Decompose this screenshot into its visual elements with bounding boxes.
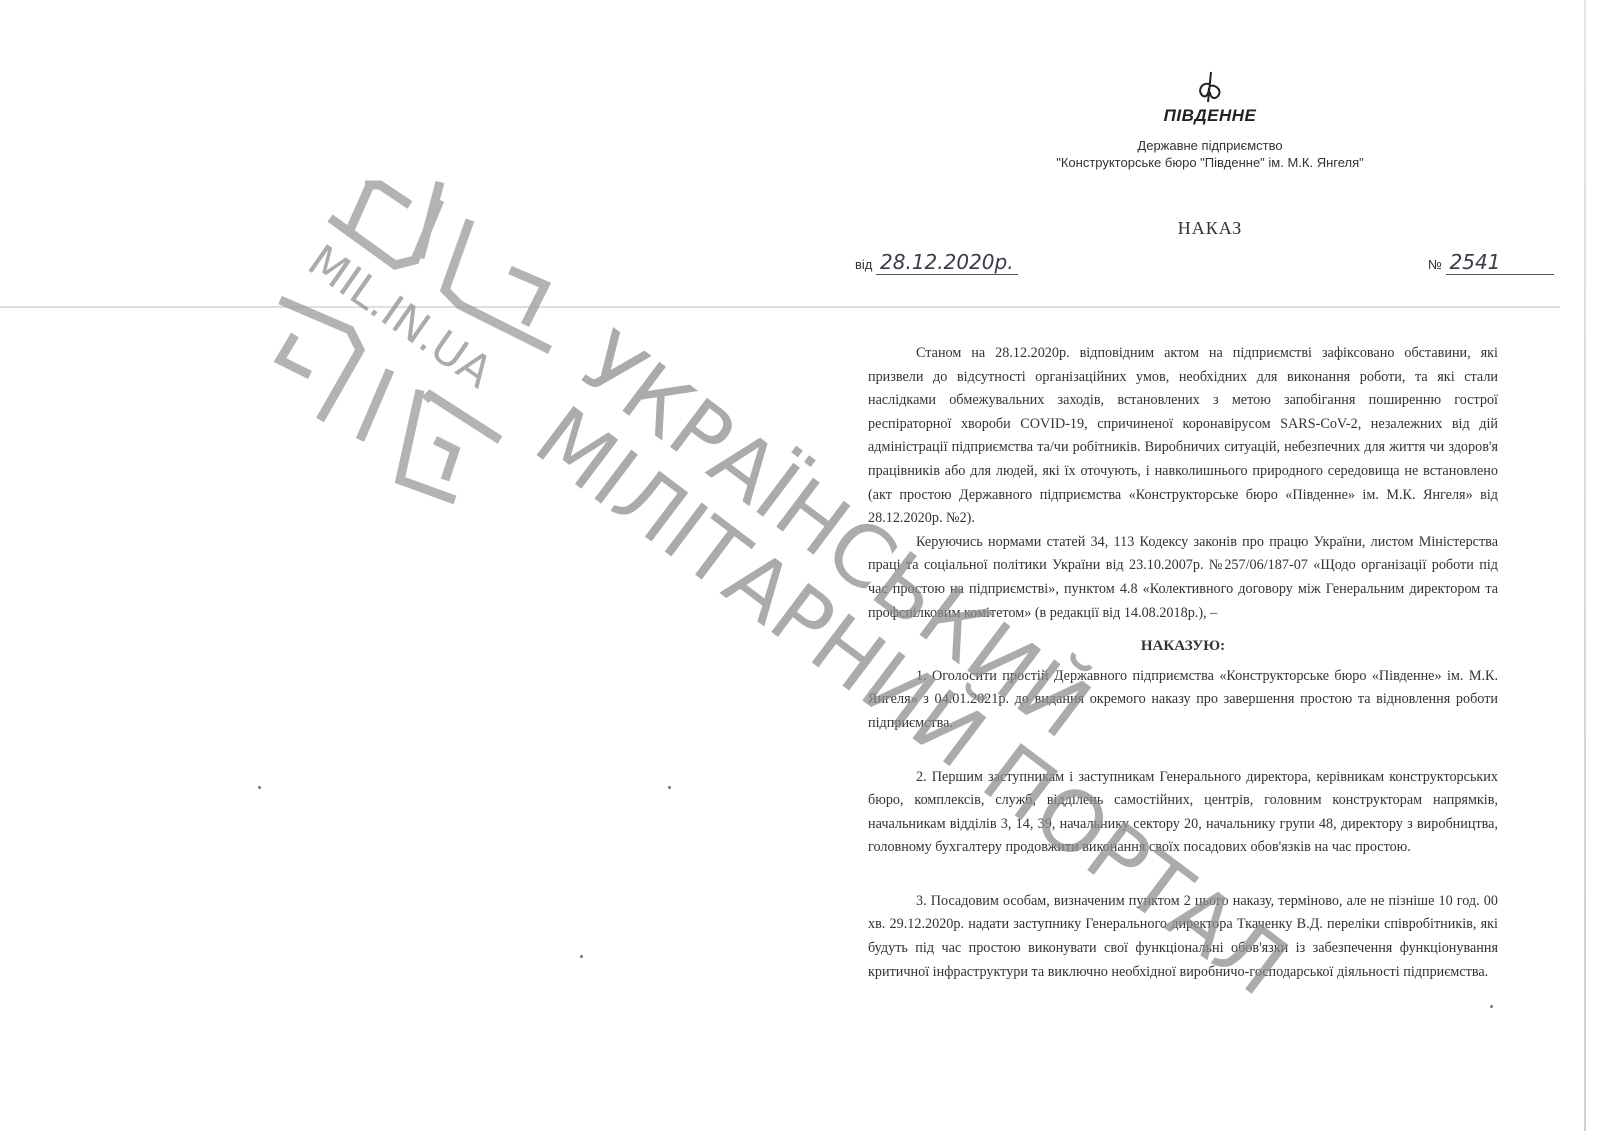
pivdenne-logo-icon bbox=[1193, 70, 1227, 104]
date-label: від bbox=[855, 257, 872, 272]
scan-fold-line bbox=[0, 306, 1560, 308]
company-logo: ПІВДЕННЕ bbox=[1130, 70, 1290, 126]
paragraph-1: Станом на 28.12.2020р. відповідним актом… bbox=[868, 342, 1498, 531]
org-line-2: "Конструкторське бюро "Південне" ім. М.К… bbox=[990, 154, 1430, 171]
scan-speck bbox=[258, 786, 261, 789]
order-item-3: 3. Посадовим особам, визначеним пунктом … bbox=[868, 890, 1498, 984]
organization-name: Державне підприємство "Конструкторське б… bbox=[990, 137, 1430, 171]
number-label: № bbox=[1428, 257, 1442, 272]
order-date: від 28.12.2020р. bbox=[855, 250, 1018, 275]
org-line-1: Державне підприємство bbox=[990, 137, 1430, 154]
order-heading: НАКАЗУЮ: bbox=[868, 635, 1498, 659]
scan-speck bbox=[1490, 1005, 1493, 1008]
page-edge bbox=[1584, 0, 1586, 1131]
paragraph-2: Керуючись нормами статей 34, 113 Кодексу… bbox=[868, 531, 1498, 625]
date-value: 28.12.2020р. bbox=[876, 250, 1018, 275]
watermark-logo-icon bbox=[280, 182, 550, 500]
number-value: 2541 bbox=[1446, 250, 1554, 275]
order-item-1: 1. Оголосити простій Державного підприєм… bbox=[868, 665, 1498, 736]
document-title: НАКАЗ bbox=[1100, 218, 1320, 239]
order-item-2: 2. Першим заступникам і заступникам Гене… bbox=[868, 766, 1498, 860]
scan-speck bbox=[580, 955, 583, 958]
scan-speck bbox=[668, 786, 671, 789]
order-number: № 2541 bbox=[1428, 250, 1554, 275]
watermark-site: MIL.IN.UA bbox=[299, 235, 502, 398]
logo-name: ПІВДЕННЕ bbox=[1130, 106, 1290, 126]
document-body: Станом на 28.12.2020р. відповідним актом… bbox=[868, 342, 1498, 984]
